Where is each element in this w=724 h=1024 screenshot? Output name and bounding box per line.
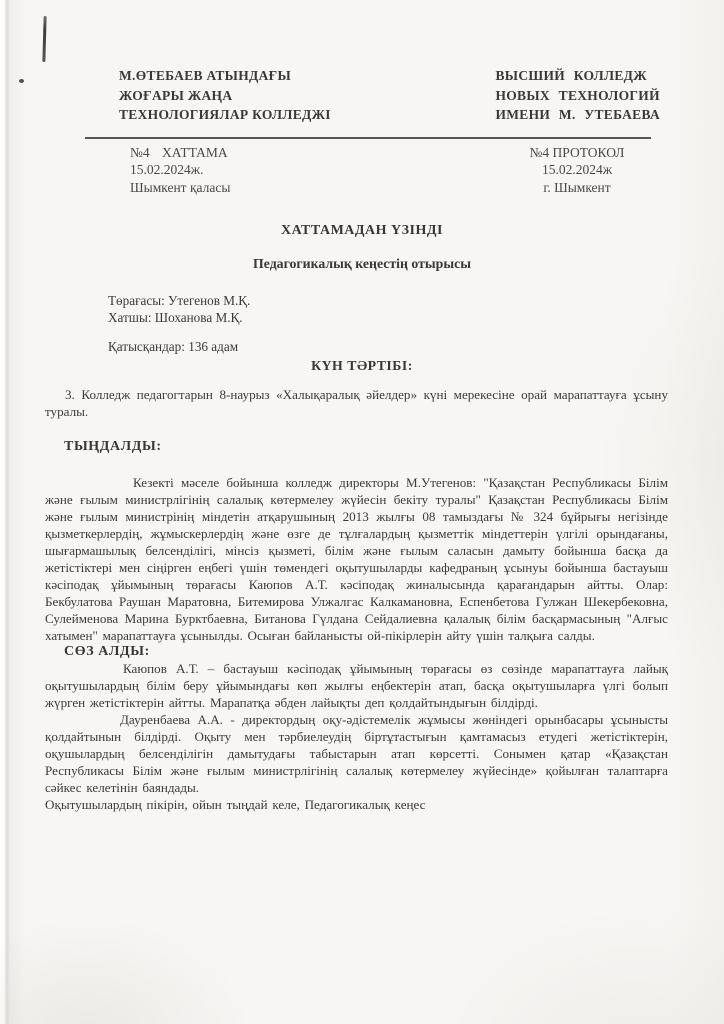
spoke-section-heading: СӨЗ АЛДЫ: [64,644,724,660]
college-name-kk-line1: М.ӨТЕБАЕВ АТЫНДАҒЫ [119,66,331,86]
protocol-city-ru: г. Шымкент [502,179,652,197]
attendees-line: Қатысқандар: 136 адам [108,339,724,356]
protocol-city-kk: Шымкент қаласы [130,179,230,197]
document-subtitle: Педагогикалық кеңестің отырысы [0,256,724,272]
meeting-meta: Төрағасы: Утегенов М.Қ. Хатшы: Шоханова … [108,293,724,356]
college-name-kk-line2: ЖОҒАРЫ ЖАҢА [119,86,331,106]
protocol-info-kazakh: №4 ХАТТАМА 15.02.2024ж. Шымкент қаласы [130,144,230,197]
spoke-paragraph-1: Каюпов А.Т. – бастауыш кәсіподақ ұйымыны… [45,660,668,711]
protocol-date-ru: 15.02.2024ж [502,161,652,179]
ink-dot-mark [19,79,24,83]
letterhead: М.ӨТЕБАЕВ АТЫНДАҒЫ ЖОҒАРЫ ЖАҢА ТЕХНОЛОГИ… [0,0,724,125]
college-name-kazakh: М.ӨТЕБАЕВ АТЫНДАҒЫ ЖОҒАРЫ ЖАҢА ТЕХНОЛОГИ… [119,66,331,125]
divider-line [85,137,651,139]
protocol-info-row: №4 ХАТТАМА 15.02.2024ж. Шымкент қаласы №… [0,144,724,197]
college-name-kk-line3: ТЕХНОЛОГИЯЛАР КОЛЛЕДЖІ [119,105,331,125]
document-title: ХАТТАМАДАН ҮЗІНДІ [0,223,724,239]
spoke-paragraph-2: Дауренбаева А.А. - директордың оқу-әдіст… [45,711,668,796]
agenda-heading: КҮН ТӘРТІБІ: [0,358,724,374]
secretary-line: Хатшы: Шоханова М.Қ. [108,310,724,327]
college-name-ru-line2: НОВЫХ ТЕХНОЛОГИЙ [495,86,660,106]
scanned-protocol-document: М.ӨТЕБАЕВ АТЫНДАҒЫ ЖОҒАРЫ ЖАҢА ТЕХНОЛОГИ… [0,0,724,1024]
closing-line: Оқытушылардың пікірін, ойын тыңдай келе,… [45,796,668,813]
protocol-number-ru: №4 ПРОТОКОЛ [502,144,652,162]
college-name-russian: ВЫСШИЙ КОЛЛЕДЖ НОВЫХ ТЕХНОЛОГИЙ ИМЕНИ М.… [495,66,660,125]
college-name-ru-line3: ИМЕНИ М. УТЕБАЕВА [495,105,660,125]
college-name-ru-line1: ВЫСШИЙ КОЛЛЕДЖ [495,66,660,86]
agenda-item: 3. Колледж педагогтарын 8-наурыз «Халықа… [45,386,668,420]
protocol-number-kk: №4 ХАТТАМА [130,144,230,162]
heard-section-heading: ТЫҢДАЛДЫ: [64,439,724,455]
protocol-date-kk: 15.02.2024ж. [130,161,230,179]
chairman-line: Төрағасы: Утегенов М.Қ. [108,293,724,310]
protocol-info-russian: №4 ПРОТОКОЛ 15.02.2024ж г. Шымкент [502,144,652,197]
heard-paragraph: Кезекті мәселе бойынша колледж директоры… [45,474,668,644]
